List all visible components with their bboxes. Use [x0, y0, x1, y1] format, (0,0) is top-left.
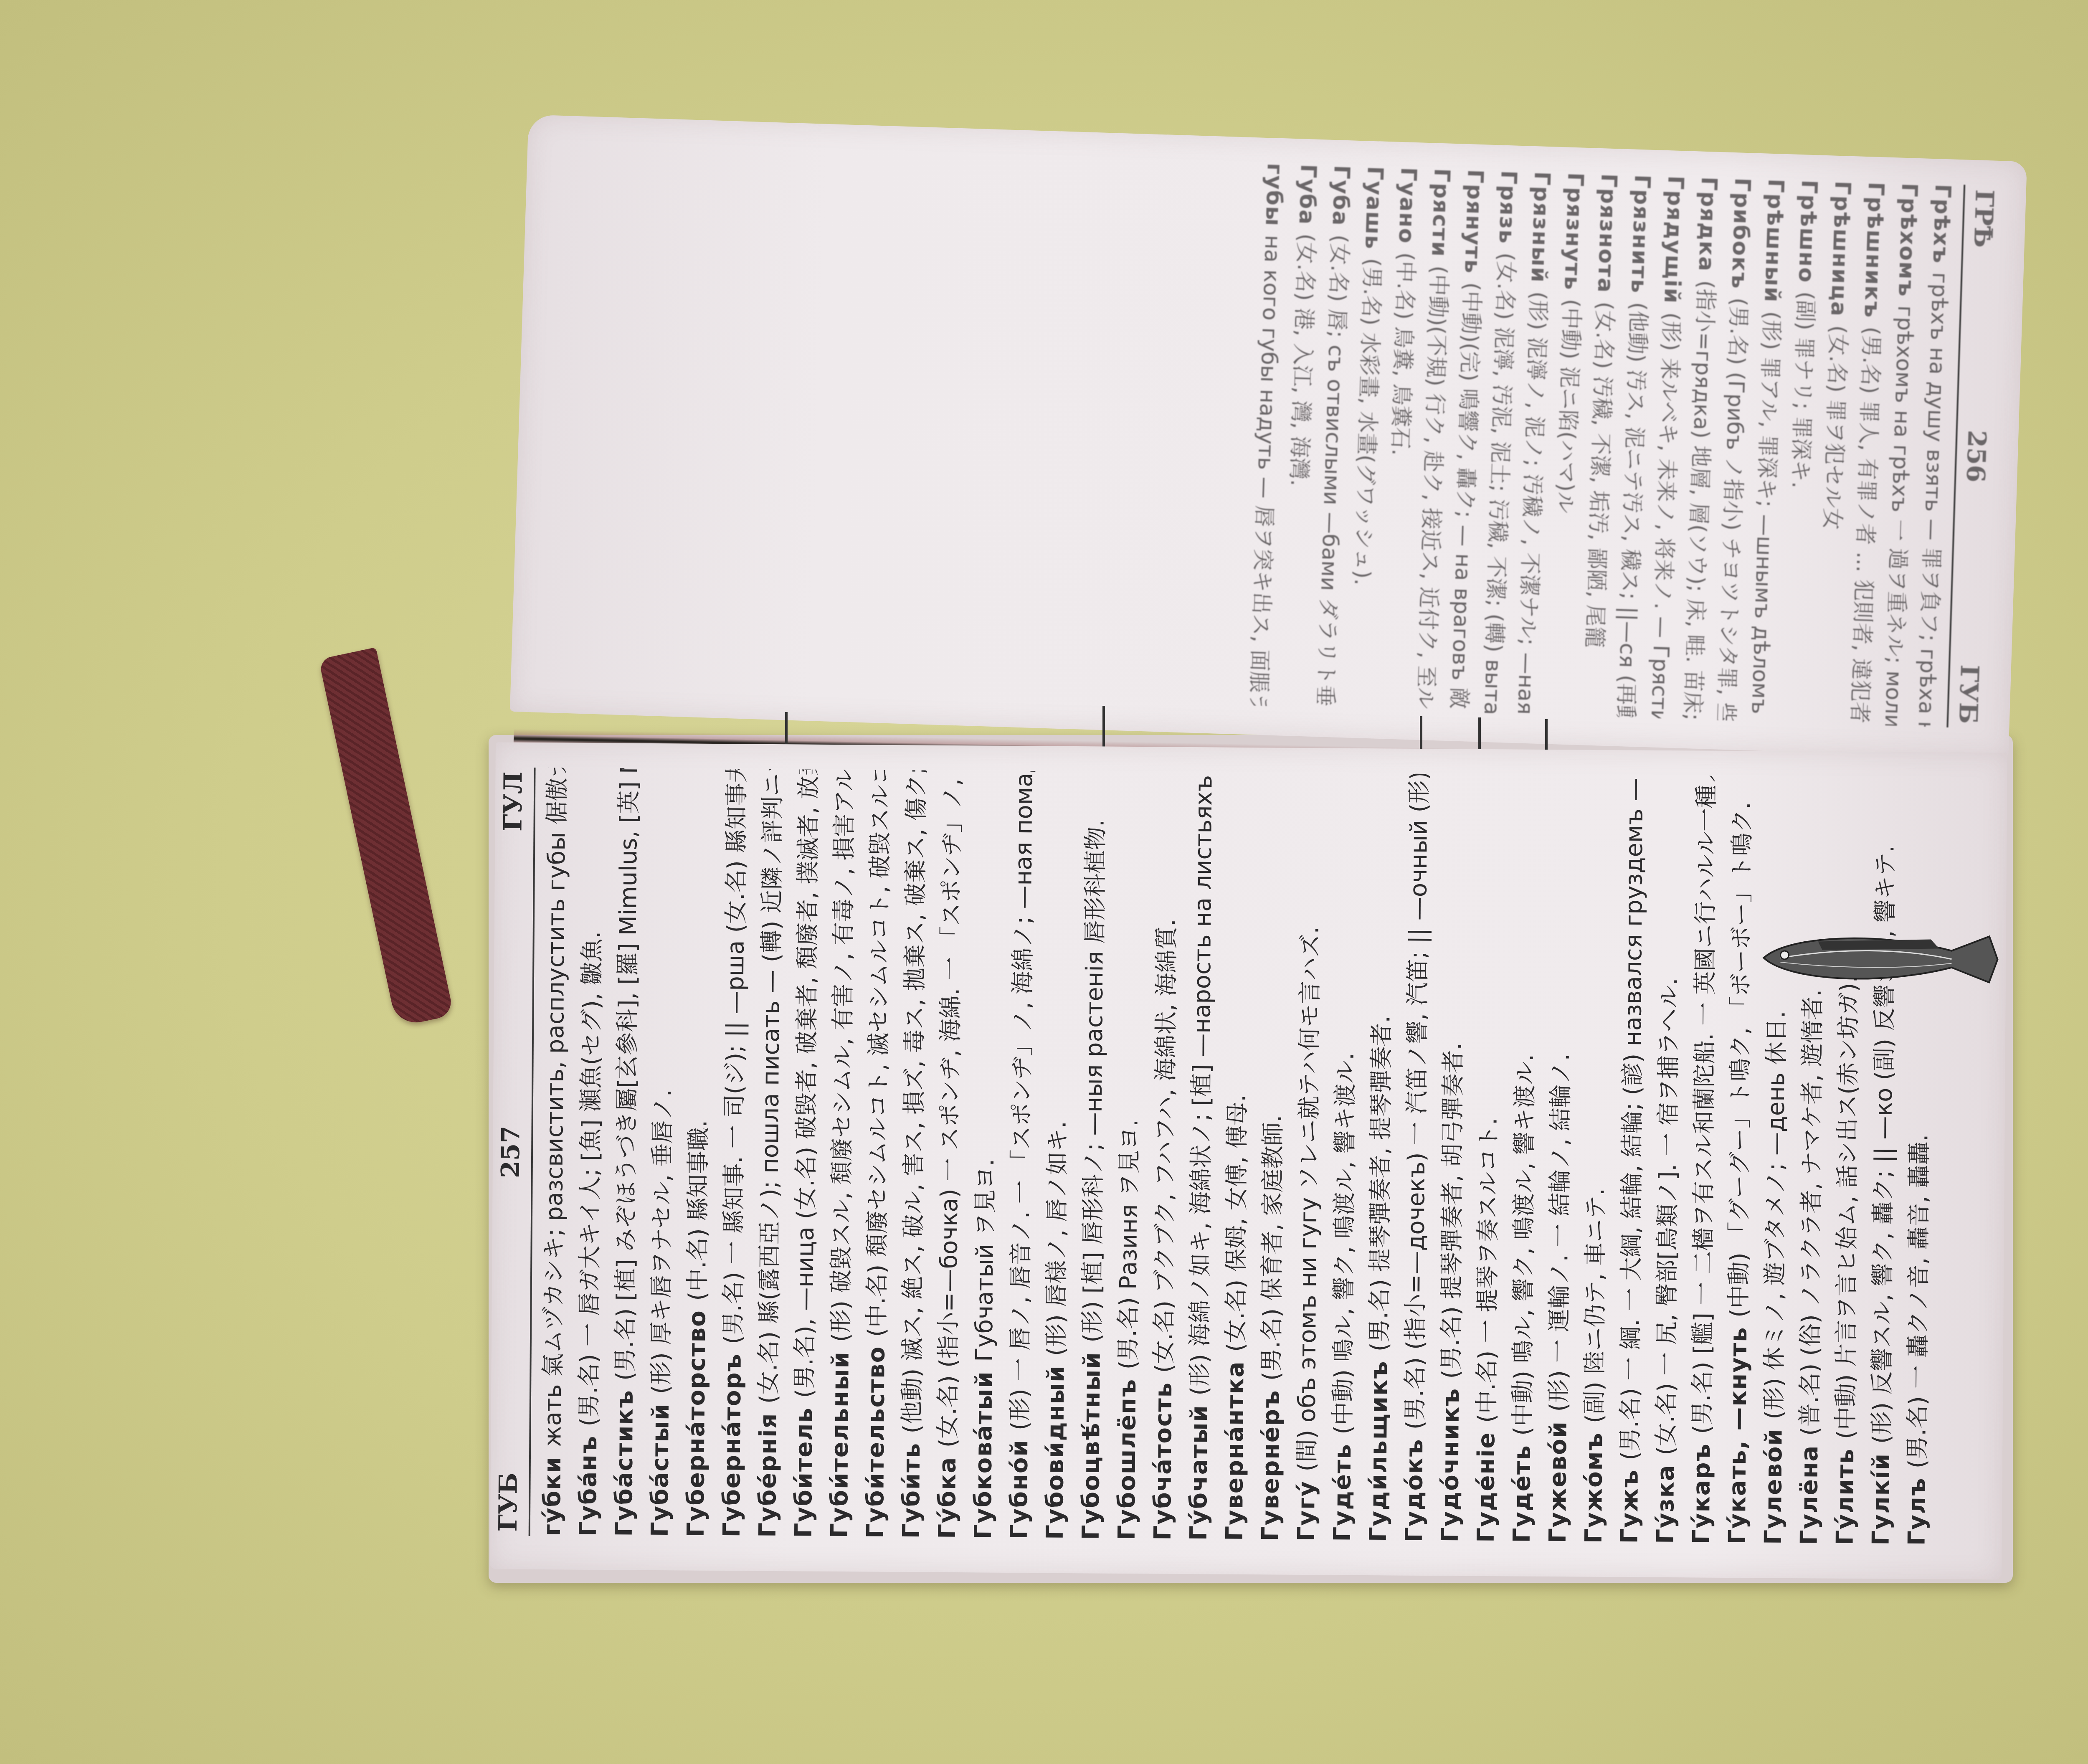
entry-headword: Гуде́ть	[1508, 1436, 1536, 1543]
entry-headword: Грязнота	[1592, 173, 1622, 302]
entry-headword: Губерна́торство	[682, 1301, 711, 1537]
entry-headword: Гуди́льщикъ	[1365, 1351, 1393, 1542]
entry-definition: (形) 厚キ唇ヲナセル, 垂唇ノ.	[647, 1089, 677, 1394]
fish-illustration-icon	[1755, 926, 2006, 991]
dictionary-entry: Гуде́ніе (中.名) 一 提琴ヲ奏スルコト.	[1468, 774, 1510, 1543]
dictionary-entry: Гуде́ть (中動) 鳴ル, 響ク, 鳴渡ル, 響キ渡ル.	[1504, 774, 1546, 1543]
entry-headword: Грибокъ	[1726, 177, 1755, 298]
header-left: ГРѢ	[1966, 189, 2001, 248]
entry-headword: Гудо́къ	[1401, 1429, 1429, 1542]
dictionary-entry: Гу́бка (女.名) (指小=—бочка) 一 スポンヂ, 海綿. 一 「…	[930, 770, 971, 1539]
entry-definition: Губчатый ヲ見ヨ.	[971, 1158, 999, 1362]
entry-definition: (形) 一 運輸ノ. 一 結輪ノ, 結輪ノ.	[1545, 1053, 1575, 1412]
dictionary-entry: Гуди́льщикъ (男.名) 提琴彈奏者, 提琴彈奏者.	[1361, 773, 1402, 1542]
entry-headword: Гужево́й	[1544, 1412, 1572, 1543]
entry-headword: Гуашь	[1360, 166, 1388, 259]
entry-definition: (女.名) ブクブク, フハフハ, 海綿状, 海綿質.	[1150, 919, 1181, 1373]
dictionary-entry: Губошлёпъ (男.名) Разиня ヲ見ヨ.	[1109, 772, 1150, 1541]
entry-definition: (男.名) [艦] 一 二檣ヲ有スル和蘭陀船. 一 英國ニ行ハルル一種ノ漁船. …	[1688, 776, 1724, 1434]
entry-headword: Грѣшно	[1793, 180, 1822, 292]
entry-definition: (中動) 鳴ル, 響ク, 鳴渡ル, 響キ渡ル.	[1509, 1054, 1538, 1436]
entry-definition: (男.名) Разиня ヲ見ヨ.	[1115, 1119, 1143, 1370]
entry-headword: Гуде́ть	[1329, 1435, 1357, 1542]
entry-definition: (副) 陸ニ仍テ, 車ニテ.	[1581, 1188, 1610, 1423]
entry-headword: Гу́бчатый	[1185, 1396, 1213, 1541]
page-256: ГРѢ 256 ГУБ Грѣхъ грѣхъ на душу взять — …	[510, 114, 2027, 758]
dictionary-entry: Гужево́й (形) 一 運輸ノ. 一 結輪ノ, 結輪ノ.	[1540, 775, 1581, 1543]
entry-headword: Гужо́мъ	[1580, 1423, 1608, 1543]
page-number: 257	[493, 1126, 529, 1179]
entry-headword: Гугу́	[1293, 1471, 1320, 1541]
dictionary-entry: гу́бки жать 氣ムヅカシキ; разсвистить, расплус…	[535, 768, 576, 1536]
entry-headword: Грязь	[1494, 170, 1521, 253]
entry-headword: Губкова́тый	[970, 1362, 998, 1539]
entry-headword: Гуде́ніе	[1472, 1423, 1500, 1543]
entry-definition: (形) 破毀スル, 頽廢セシムル, 有害ノ, 有毒ノ, 損害アル; || —но…	[827, 770, 862, 1342]
dictionary-entry: Гугу́ (間) объ этомъ ни гугу ソレニ就テハ何モ言ハズ.	[1289, 773, 1330, 1542]
entry-headword: Гулъ	[1903, 1468, 1931, 1546]
entry-definition: (中.名) 鳥糞, 鳥糞石.	[1387, 252, 1418, 456]
entry-definition: (他動) 滅ス, 絶ス, 破ル, 害ス, 損ズ, 毒ス, 拋棄ス, 破棄ス, 傷…	[898, 770, 934, 1434]
dictionary-entry: Гужо́мъ (副) 陸ニ仍テ, 車ニテ.	[1576, 775, 1617, 1544]
page-257-header: ГУБ 257 ГУЛ	[490, 767, 536, 1536]
entry-headword: Грязнуть	[1559, 172, 1588, 299]
dictionary-entry: Губи́ть (他動) 滅ス, 絶ス, 破ル, 害ス, 損ズ, 毒ス, 拋棄ス…	[894, 770, 935, 1539]
entry-headword: Гулево́й	[1760, 1419, 1788, 1545]
dictionary-entry: Гуверна́нтка (女.名) 保姆, 女傅, 傅母.	[1217, 773, 1258, 1541]
entry-headword: Губерна́торъ	[718, 1344, 747, 1538]
dictionary-entry: Гулёна (普.名) (俗) ノラクラ者, ナマケ者, 遊惰者.	[1792, 776, 1833, 1545]
dictionary-entry: Гу́кать, —кнуть (中動) 「グーグー」ト鳴ク, 「ボーボー」ト鳴…	[1720, 776, 1761, 1545]
dictionary-entry: Губови́дный (形) 唇様ノ, 唇ノ如キ.	[1037, 771, 1079, 1540]
dictionary-entry: Гудо́къ (男.名) (指小=—дочекъ) 一 汽笛ノ響, 汽笛; |…	[1396, 774, 1438, 1543]
entry-definition: (男.名) 水彩畫, 水畫(グワッシュ).	[1349, 258, 1385, 586]
entry-definition: (女.名) 縣(露西亞ノ); пошла писать — (轉) 近隣ノ評判ニ…	[755, 769, 788, 1404]
entry-headword: Гуверне́ръ	[1257, 1381, 1285, 1541]
entry-headword: Гулёна	[1796, 1436, 1824, 1545]
entry-definition: (女.名) 汚穢, 不潔, 垢汚, 鄙陋, 尾籠	[1581, 302, 1617, 649]
page-257: ГУБ 257 ГУЛ гу́бки жать 氣ムヅカシキ; разсвист…	[490, 742, 2007, 1579]
entry-headword: Грядущій	[1659, 175, 1688, 313]
header-left: ГУБ	[490, 1473, 527, 1532]
entry-list: гу́бки жать 氣ムヅカシキ; разсвистить, расплус…	[535, 768, 1941, 1546]
entry-definition: (女.名) 保姆, 女傅, 傅母.	[1222, 1095, 1251, 1352]
entry-headword: гу́бки	[539, 1447, 566, 1536]
entry-definition: жать 氣ムヅカシキ; разсвистить, расплустить гу…	[539, 768, 575, 1447]
dictionary-entry: Губи́тельство (中.名) 頽廢セシムルコト, 滅セシムルコト, 破…	[858, 770, 899, 1539]
entry-list: Грѣхъ грѣхъ на душу взять — 罪ヲ負フ; грѣха …	[1241, 162, 1959, 727]
entry-definition: (形) [植] 唇形科ノ; —ныя растенія 唇形科植物.	[1079, 819, 1110, 1343]
entry-headword: Губа́нъ	[575, 1426, 603, 1536]
dictionary-entry: Гуверне́ръ (男.名) 保育者, 家庭教師.	[1253, 773, 1294, 1541]
entry-definition: (中.名) 頽廢セシムルコト, 滅セシムルコト, 破毀スルコト, 拋棄スルコト.	[863, 770, 896, 1337]
page-number: 256	[1959, 430, 1994, 483]
entry-headword: Губошлёпъ	[1113, 1369, 1142, 1540]
entry-headword: Губи́ть	[898, 1433, 926, 1538]
entry-definition: (男.名) 一 縣知事. 一 司(ジ); || —рша (女.名) 縣知事夫人…	[720, 769, 752, 1344]
dictionary-entry: Гулкі́й (形) 反響スル, 響ク, 轟ク; || —ко (副) 反響シ…	[1863, 777, 1905, 1546]
entry-headword: Губа	[1294, 164, 1321, 234]
entry-definition: (女.名) 罪ヲ犯セル女	[1819, 325, 1850, 530]
entry-headword: Губча́тость	[1149, 1373, 1178, 1540]
dictionary-entry: Гужъ (男.名) 一 綱. 一 大綱, 結輪, 結輪; (諺) назвал…	[1612, 775, 1653, 1544]
entry-headword: Гу́зка	[1652, 1455, 1680, 1544]
entry-headword: Губови́дный	[1041, 1356, 1070, 1540]
entry-definition: (男.名) 一 綱. 一 大綱, 結輪, 結輪; (諺) назвался гр…	[1617, 775, 1653, 1460]
dictionary-entry: Губча́тость (女.名) ブクブク, フハフハ, 海綿状, 海綿質.	[1145, 772, 1186, 1541]
entry-headword: Губоцвѣ́тный	[1077, 1343, 1106, 1540]
entry-headword: Гулкі́й	[1868, 1444, 1895, 1546]
dictionary-entry: Гуде́ть (中動) 鳴ル, 響ク, 鳴渡ル, 響キ渡ル.	[1325, 773, 1366, 1542]
dictionary-entry: Губерна́торство (中.名) 縣知事職.	[678, 769, 720, 1538]
dictionary-entry: Губерна́торъ (男.名) 一 縣知事. 一 司(ジ); || —рш…	[714, 769, 755, 1538]
entry-definition: (形) 一 唇ノ, 唇音ノ. 一 「スポンヂ」ノ, 海綿ノ; —ная пома…	[1006, 771, 1042, 1430]
dictionary-entry: Гу́зка (女.名) 一 尻, 臀部[鳥類ノ]. 一 宿ヲ捕ラヘル.	[1648, 776, 1689, 1544]
header-right: ГУБ	[1951, 664, 1986, 725]
open-dictionary: ГРѢ 256 ГУБ Грѣхъ грѣхъ на душу взять — …	[0, 0, 2088, 1764]
entry-definition: (男.名) 一 轟クノ音, 轟音, 轟轟.	[1904, 1134, 1933, 1468]
entry-definition: (男.名) [植] みぞほうづき屬[玄參科], [羅] Mimulus, [英]…	[611, 768, 644, 1381]
page-257-text: ГУБ 257 ГУЛ гу́бки жать 氣ムヅカシキ; разсвист…	[490, 767, 1941, 1546]
entry-headword: Гу́каръ	[1688, 1434, 1716, 1544]
entry-headword: Губа́стый	[646, 1394, 674, 1537]
bookmark-ribbon	[319, 647, 454, 1027]
dictionary-entry: Губи́тельный (形) 破毀スル, 頽廢セシムル, 有害ノ, 有毒ノ,…	[822, 770, 863, 1538]
entry-headword: Губи́тельный	[826, 1342, 854, 1538]
entry-headword: Гужъ	[1616, 1460, 1644, 1544]
entry-headword: Грѣшница	[1826, 180, 1855, 326]
entry-definition: (男.名) (指小=—дочекъ) 一 汽笛ノ響, 汽笛; || —очный…	[1401, 774, 1435, 1430]
entry-definition: (形) 海綿ノ如キ, 海綿状ノ; [植] —нарость на листьях…	[1186, 772, 1220, 1396]
entry-headword: Гу́лить	[1832, 1439, 1860, 1545]
entry-headword: Грѣшный	[1759, 178, 1788, 312]
entry-headword: Грязнить	[1626, 174, 1655, 302]
entry-headword: Грядка	[1693, 176, 1722, 281]
entry-headword: Грѣхъ	[1928, 184, 1956, 273]
entry-headword: Грѣшникъ	[1859, 182, 1888, 327]
entry-headword: Грянуть	[1459, 169, 1487, 283]
entry-definition: (中.名) 縣知事職.	[684, 1120, 712, 1301]
entry-definition: (女.名) (指小=—бочка) 一 スポンヂ, 海綿. 一 「スポンヂ」ノ,…	[934, 770, 967, 1448]
dictionary-entry: Губно́й (形) 一 唇ノ, 唇音ノ. 一 「スポンヂ」ノ, 海綿ノ; —…	[1001, 771, 1043, 1540]
entry-definition: (中動) 鳴ル, 響ク, 鳴渡ル, 響キ渡ル.	[1329, 1053, 1359, 1435]
entry-headword: Губи́тель	[790, 1398, 818, 1538]
entry-definition: (間) объ этомъ ни гугу ソレニ就テハ何モ言ハズ.	[1293, 926, 1324, 1472]
entry-definition: (中.名) 一 提琴ヲ奏スルコト.	[1473, 1118, 1503, 1423]
entry-definition: (男.名) 保育者, 家庭教師.	[1258, 1115, 1287, 1381]
entry-definition: (男.名) 提琴彈奏者, 提琴彈奏者.	[1366, 1015, 1396, 1351]
entry-headword: Гудо́чникъ	[1437, 1379, 1465, 1542]
entry-headword: Губа	[1327, 165, 1354, 235]
entry-headword: Гуверна́нтка	[1221, 1352, 1249, 1541]
entry-headword: Грязный	[1526, 171, 1555, 292]
dictionary-entry: Губоцвѣ́тный (形) [植] 唇形科ノ; —ныя растенія…	[1073, 771, 1115, 1540]
entry-definition: (中動) 片言ヲ言ヒ始ム, 話シ出ス(赤ン坊ガ).	[1832, 975, 1862, 1439]
dictionary-entry: Гу́лить (中動) 片言ヲ言ヒ始ム, 話シ出ス(赤ン坊ガ).	[1827, 777, 1869, 1546]
dictionary-entry: Губа́стый (形) 厚キ唇ヲナセル, 垂唇ノ.	[642, 768, 684, 1537]
entry-headword: Губи́тельство	[862, 1337, 890, 1538]
entry-definition: (女.名) 港, 入江, 灣, 海灣.	[1286, 233, 1319, 487]
entry-definition: (形) 唇様ノ, 唇ノ如キ.	[1043, 1121, 1072, 1356]
entry-headword: Грѣхомъ	[1893, 182, 1922, 306]
entry-headword: Губа́стикъ	[611, 1381, 639, 1537]
entry-definition: (副) 罪ナリ; 罪深キ.	[1787, 291, 1818, 489]
entry-definition: (男.名) 一 唇ガ大キイ人; [魚] 瀬魚(セグ), 皺魚.	[575, 931, 606, 1427]
dictionary-entry: Гудо́чникъ (男.名) 提琴彈奏者, 胡弓彈奏者.	[1432, 774, 1474, 1543]
dictionary-entry: Губкова́тый Губчатый ヲ見ヨ.	[965, 770, 1007, 1539]
dictionary-entry: Губи́тель (男.名), —ница (女.名) 破毀者, 破棄者, 頽…	[786, 769, 827, 1538]
entry-headword: Грясти	[1427, 168, 1455, 266]
dictionary-entry: Губе́рнія (女.名) 縣(露西亞ノ); пошла писать — …	[750, 769, 791, 1538]
page-256-text: ГРѢ 256 ГУБ Грѣхъ грѣхъ на душу взять — …	[1241, 162, 2001, 728]
entry-headword: Гу́кать, —кнуть	[1724, 1318, 1753, 1545]
dictionary-entry: Гу́бчатый (形) 海綿ノ如キ, 海綿状ノ; [植] —нарость …	[1181, 772, 1222, 1541]
entry-definition: (中動) 泥ニ陷(ハマ)ル	[1552, 299, 1584, 514]
entry-definition: (女.名) 一 尻, 臀部[鳥類ノ]. 一 宿ヲ捕ラヘル.	[1652, 978, 1683, 1455]
entry-headword: Гу́бка	[934, 1447, 962, 1539]
entry-headword: губы	[1260, 163, 1287, 236]
entry-headword: Губе́рнія	[754, 1404, 782, 1538]
entry-definition: (男.名), —ница (女.名) 破毀者, 破棄者, 頽廢者, 撲滅者, 放…	[791, 769, 824, 1398]
entry-definition: (形) 休ミノ, 遊ブタメノ; —день 休日.	[1761, 1011, 1791, 1419]
dictionary-entry: Гу́каръ (男.名) [艦] 一 二檣ヲ有スル和蘭陀船. 一 英國ニ行ハル…	[1684, 776, 1725, 1544]
dictionary-entry: Гулево́й (形) 休ミノ, 遊ブタメノ; —день 休日.	[1756, 776, 1797, 1545]
entry-definition: (普.名) (俗) ノラクラ者, ナマケ者, 遊惰者.	[1796, 989, 1826, 1436]
header-right: ГУЛ	[495, 771, 531, 831]
dictionary-entry: Гулъ (男.名) 一 轟クノ音, 轟音, 轟轟.	[1899, 777, 1941, 1546]
entry-headword: Губно́й	[1006, 1430, 1034, 1540]
entry-headword: Гуано	[1393, 167, 1421, 253]
dictionary-entry: Губа́стикъ (男.名) [植] みぞほうづき屬[玄參科], [羅] M…	[606, 768, 648, 1537]
entry-definition: (男.名) 提琴彈奏者, 胡弓彈奏者.	[1437, 1043, 1467, 1379]
entry-definition: (中動) 「グーグー」ト鳴ク, 「ボーボー」ト鳴ク.	[1725, 802, 1756, 1318]
dictionary-entry: Губа́нъ (男.名) 一 唇ガ大キイ人; [魚] 瀬魚(セグ), 皺魚.	[570, 768, 612, 1537]
